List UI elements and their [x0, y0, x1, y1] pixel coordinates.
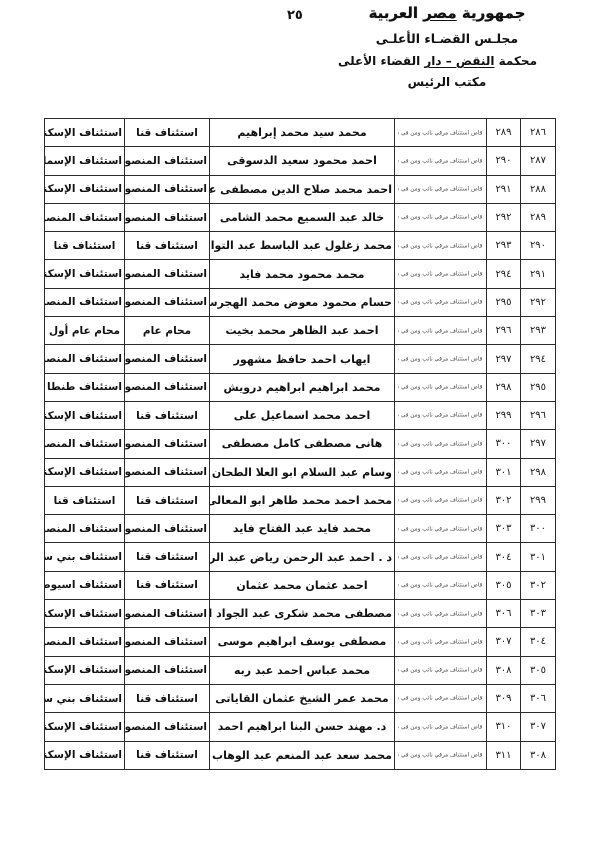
- document-header: جمهورية مصر العربية مجلـس القضـاء الأعلـ…: [357, 4, 537, 89]
- serial-cell: ٢٨٦: [521, 119, 556, 147]
- seq-cell: ٣٠٧: [487, 628, 521, 656]
- court-to-cell: استئناف الإسكندرية: [45, 260, 125, 288]
- court-title-post: القضاء الأعلى: [338, 54, 424, 68]
- name-cell: حسام محمود معوض محمد الهجرسى: [210, 288, 395, 316]
- court-from-cell: استئناف المنصورة: [125, 288, 210, 316]
- serial-cell: ٣٠٤: [521, 628, 556, 656]
- name-cell: محمد محمود محمد فايد: [210, 260, 395, 288]
- role-cell: قاض استئناف مرقي نائب ومن في درجته: [397, 629, 484, 656]
- court-from-cell: استئناف قنا: [125, 543, 210, 571]
- table-row: ٢٩٨٣٠١قاض استئناف مرقي نائب ومن في درجته…: [45, 458, 556, 486]
- table-row: ٣٠٨٣١١قاض استئناف مرقي نائب ومن في درجته…: [45, 741, 556, 769]
- seq-cell: ٢٩٠: [487, 147, 521, 175]
- serial-cell: ٣٠١: [521, 543, 556, 571]
- serial-cell: ٢٩٢: [521, 288, 556, 316]
- serial-cell: ٢٩٧: [521, 430, 556, 458]
- name-cell: احمد عبد الظاهر محمد بخيت: [210, 317, 395, 345]
- court-to-cell: استئناف الإسكندرية: [45, 600, 125, 628]
- serial-cell: ٢٨٨: [521, 175, 556, 203]
- role-cell: قاض استئناف مرقي نائب ومن في درجته: [397, 685, 484, 712]
- seq-cell: ٢٨٩: [487, 119, 521, 147]
- name-cell: محمد عمر الشيخ عثمان القاياتى: [210, 684, 395, 712]
- judges-roster-table: ٢٨٦٢٨٩قاض استئناف مرقي نائب ومن في درجته…: [44, 118, 556, 770]
- role-cell: قاض استئناف مرقي نائب ومن في درجته: [397, 148, 484, 175]
- name-cell: احمد محمد اسماعيل على: [210, 401, 395, 429]
- court-from-cell: استئناف المنصورة: [125, 458, 210, 486]
- court-to-cell: استئناف طنطا: [45, 373, 125, 401]
- court-from-cell: استئناف قنا: [125, 486, 210, 514]
- role-cell: قاض استئناف مرقي نائب ومن في درجته: [397, 544, 484, 571]
- role-cell: قاض استئناف مرقي نائب ومن في درجته: [397, 232, 484, 259]
- court-to-cell: استئناف الإسكندرية: [45, 741, 125, 769]
- seq-cell: ٢٩٧: [487, 345, 521, 373]
- scanned-document-page: { "page": { "page_number": "٢٥" }, "head…: [0, 0, 595, 842]
- seq-cell: ٢٩٥: [487, 288, 521, 316]
- council-title: مجلـس القضـاء الأعلـى: [357, 31, 537, 46]
- role-cell: قاض استئناف مرقي نائب ومن في درجته: [397, 317, 484, 344]
- court-from-cell: استئناف المنصورة: [125, 345, 210, 373]
- court-from-cell: محام عام: [125, 317, 210, 345]
- serial-cell: ٣٠٦: [521, 684, 556, 712]
- table-row: ٣٠٦٣٠٩قاض استئناف مرقي نائب ومن في درجته…: [45, 684, 556, 712]
- seq-cell: ٢٩١: [487, 175, 521, 203]
- name-cell: محمد ابراهيم ابراهيم درويش: [210, 373, 395, 401]
- court-from-cell: استئناف المنصورة: [125, 713, 210, 741]
- court-to-cell: استئناف المنصورة: [45, 430, 125, 458]
- seq-cell: ٢٩٦: [487, 317, 521, 345]
- role-cell: قاض استئناف مرقي نائب ومن في درجته: [397, 119, 484, 146]
- seq-cell: ٣٠٤: [487, 543, 521, 571]
- role-cell: قاض استئناف مرقي نائب ومن في درجته: [397, 374, 484, 401]
- court-to-cell: استئناف بني سويف: [45, 543, 125, 571]
- court-from-cell: استئناف المنصورة: [125, 373, 210, 401]
- name-cell: مصطفى يوسف ابراهيم موسى: [210, 628, 395, 656]
- name-cell: محمد سيد محمد إبراهيم: [210, 119, 395, 147]
- court-to-cell: محام عام أول: [45, 317, 125, 345]
- court-from-cell: استئناف المنصورة: [125, 430, 210, 458]
- seq-cell: ٣٠٨: [487, 656, 521, 684]
- role-cell: قاض استئناف مرقي نائب ومن في درجته: [397, 713, 484, 740]
- court-from-cell: استئناف قنا: [125, 571, 210, 599]
- table-row: ٢٩٦٢٩٩قاض استئناف مرقي نائب ومن في درجته…: [45, 401, 556, 429]
- republic-title-pre: جمهورية: [457, 4, 526, 22]
- court-to-cell: استئناف قنا: [45, 486, 125, 514]
- seq-cell: ٣١١: [487, 741, 521, 769]
- serial-cell: ٢٩٩: [521, 486, 556, 514]
- seq-cell: ٣٠٣: [487, 515, 521, 543]
- table-row: ٢٩٠٢٩٣قاض استئناف مرقي نائب ومن في درجته…: [45, 232, 556, 260]
- table-row: ٢٩٥٢٩٨قاض استئناف مرقي نائب ومن في درجته…: [45, 373, 556, 401]
- page-number: ٢٥: [287, 8, 303, 23]
- seq-cell: ٢٩٤: [487, 260, 521, 288]
- table-row: ٣٠٠٣٠٣قاض استئناف مرقي نائب ومن في درجته…: [45, 515, 556, 543]
- court-to-cell: استئناف الإسكندرية: [45, 656, 125, 684]
- table-row: ٣٠٣٣٠٦قاض استئناف مرقي نائب ومن في درجته…: [45, 600, 556, 628]
- serial-cell: ٢٩٦: [521, 401, 556, 429]
- table-row: ٢٨٩٢٩٢قاض استئناف مرقي نائب ومن في درجته…: [45, 203, 556, 231]
- serial-cell: ٢٩٣: [521, 317, 556, 345]
- serial-cell: ٢٩٨: [521, 458, 556, 486]
- court-to-cell: استئناف الإسكندرية: [45, 401, 125, 429]
- table-row: ٢٨٨٢٩١قاض استئناف مرقي نائب ومن في درجته…: [45, 175, 556, 203]
- name-cell: احمد عثمان محمد عثمان: [210, 571, 395, 599]
- role-cell: قاض استئناف مرقي نائب ومن في درجته: [397, 289, 484, 316]
- table-row: ٢٩٣٢٩٦قاض استئناف مرقي نائب ومن في درجته…: [45, 317, 556, 345]
- seq-cell: ٣١٠: [487, 713, 521, 741]
- table-row: ٣٠١٣٠٤قاض استئناف مرقي نائب ومن في درجته…: [45, 543, 556, 571]
- serial-cell: ٣٠٥: [521, 656, 556, 684]
- court-to-cell: استئناف اسيوط: [45, 571, 125, 599]
- table-row: ٣٠٤٣٠٧قاض استئناف مرقي نائب ومن في درجته…: [45, 628, 556, 656]
- seq-cell: ٣٠١: [487, 458, 521, 486]
- name-cell: ايهاب احمد حافظ مشهور: [210, 345, 395, 373]
- court-from-cell: استئناف المنصورة: [125, 175, 210, 203]
- name-cell: محمد فايد عبد الفتاح فايد: [210, 515, 395, 543]
- republic-title-underlined: مصر: [423, 4, 456, 22]
- seq-cell: ٣٠٥: [487, 571, 521, 599]
- seq-cell: ٣٠٠: [487, 430, 521, 458]
- table-row: ٣٠٧٣١٠قاض استئناف مرقي نائب ومن في درجته…: [45, 713, 556, 741]
- role-cell: قاض استئناف مرقي نائب ومن في درجته: [397, 657, 484, 684]
- court-from-cell: استئناف قنا: [125, 684, 210, 712]
- serial-cell: ٣٠٨: [521, 741, 556, 769]
- name-cell: وسام عبد السلام ابو العلا الطحان: [210, 458, 395, 486]
- seq-cell: ٢٩٢: [487, 203, 521, 231]
- court-to-cell: استئناف بني سويف: [45, 684, 125, 712]
- seq-cell: ٣٠٩: [487, 684, 521, 712]
- serial-cell: ٢٩٥: [521, 373, 556, 401]
- court-from-cell: استئناف المنصورة: [125, 147, 210, 175]
- serial-cell: ٣٠٧: [521, 713, 556, 741]
- name-cell: هانى مصطفى كامل مصطفى: [210, 430, 395, 458]
- name-cell: مصطفى محمد شكرى عبد الجواد الدقاق: [210, 600, 395, 628]
- serial-cell: ٣٠٣: [521, 600, 556, 628]
- court-to-cell: استئناف المنصورة: [45, 203, 125, 231]
- role-cell: قاض استئناف مرقي نائب ومن في درجته: [397, 742, 484, 769]
- court-title-pre: محكمة: [494, 54, 537, 68]
- table-row: ٢٩٩٣٠٢قاض استئناف مرقي نائب ومن في درجته…: [45, 486, 556, 514]
- role-cell: قاض استئناف مرقي نائب ومن في درجته: [397, 176, 484, 203]
- serial-cell: ٢٨٩: [521, 203, 556, 231]
- name-cell: احمد محمود سعيد الدسوقى: [210, 147, 395, 175]
- seq-cell: ٣٠٢: [487, 486, 521, 514]
- court-from-cell: استئناف المنصورة: [125, 600, 210, 628]
- court-from-cell: استئناف قنا: [125, 119, 210, 147]
- court-to-cell: استئناف الإسكندرية: [45, 713, 125, 741]
- court-to-cell: استئناف المنصورة: [45, 628, 125, 656]
- name-cell: محمد احمد محمد طاهر ابو المعالى: [210, 486, 395, 514]
- name-cell: د . احمد عبد الرحمن رياض عبد الرحمن: [210, 543, 395, 571]
- table-row: ٢٨٦٢٨٩قاض استئناف مرقي نائب ومن في درجته…: [45, 119, 556, 147]
- table-row: ٢٩١٢٩٤قاض استئناف مرقي نائب ومن في درجته…: [45, 260, 556, 288]
- name-cell: محمد زغلول عبد الباسط عبد التواب: [210, 232, 395, 260]
- table-row: ٢٩٧٣٠٠قاض استئناف مرقي نائب ومن في درجته…: [45, 430, 556, 458]
- court-to-cell: استئناف الإسكندرية: [45, 175, 125, 203]
- role-cell: قاض استئناف مرقي نائب ومن في درجته: [397, 204, 484, 231]
- seq-cell: ٢٩٨: [487, 373, 521, 401]
- role-cell: قاض استئناف مرقي نائب ومن في درجته: [397, 346, 484, 373]
- role-cell: قاض استئناف مرقي نائب ومن في درجته: [397, 600, 484, 627]
- court-from-cell: استئناف المنصورة: [125, 260, 210, 288]
- court-to-cell: استئناف المنصورة: [45, 515, 125, 543]
- name-cell: محمد سعد عبد المنعم عبد الوهاب: [210, 741, 395, 769]
- court-to-cell: استئناف المنصورة: [45, 288, 125, 316]
- seq-cell: ٢٩٣: [487, 232, 521, 260]
- name-cell: محمد عباس احمد عبد ربه: [210, 656, 395, 684]
- court-to-cell: استئناف المنصورة: [45, 345, 125, 373]
- seq-cell: ٢٩٩: [487, 401, 521, 429]
- serial-cell: ٢٩٠: [521, 232, 556, 260]
- table-row: ٣٠٢٣٠٥قاض استئناف مرقي نائب ومن في درجته…: [45, 571, 556, 599]
- table-row: ٣٠٥٣٠٨قاض استئناف مرقي نائب ومن في درجته…: [45, 656, 556, 684]
- court-to-cell: استئناف قنا: [45, 232, 125, 260]
- table-row: ٢٨٧٢٩٠قاض استئناف مرقي نائب ومن في درجته…: [45, 147, 556, 175]
- name-cell: د. مهند حسن البنا ابراهيم احمد: [210, 713, 395, 741]
- court-title-underlined: النقض – دار: [424, 54, 494, 68]
- role-cell: قاض استئناف مرقي نائب ومن في درجته: [397, 261, 484, 288]
- court-from-cell: استئناف المنصورة: [125, 628, 210, 656]
- court-from-cell: استئناف قنا: [125, 741, 210, 769]
- court-from-cell: استئناف المنصورة: [125, 515, 210, 543]
- court-to-cell: استئناف الإسماعيلية: [45, 147, 125, 175]
- role-cell: قاض استئناف مرقي نائب ومن في درجته: [397, 402, 484, 429]
- court-from-cell: استئناف المنصورة: [125, 203, 210, 231]
- serial-cell: ٢٨٧: [521, 147, 556, 175]
- table-row: ٢٩٤٢٩٧قاض استئناف مرقي نائب ومن في درجته…: [45, 345, 556, 373]
- role-cell: قاض استئناف مرقي نائب ومن في درجته: [397, 430, 484, 457]
- serial-cell: ٣٠٠: [521, 515, 556, 543]
- seq-cell: ٣٠٦: [487, 600, 521, 628]
- court-from-cell: استئناف قنا: [125, 232, 210, 260]
- court-title: محكمة النقض – دار القضاء الأعلى: [357, 54, 537, 68]
- role-cell: قاض استئناف مرقي نائب ومن في درجته: [397, 572, 484, 599]
- roster-body: ٢٨٦٢٨٩قاض استئناف مرقي نائب ومن في درجته…: [45, 119, 556, 770]
- court-from-cell: استئناف قنا: [125, 401, 210, 429]
- name-cell: خالد عبد السميع محمد الشامى: [210, 203, 395, 231]
- serial-cell: ٢٩١: [521, 260, 556, 288]
- republic-title: جمهورية مصر العربية: [357, 4, 537, 22]
- serial-cell: ٢٩٤: [521, 345, 556, 373]
- role-cell: قاض استئناف مرقي نائب ومن في درجته: [397, 459, 484, 486]
- court-from-cell: استئناف المنصورة: [125, 656, 210, 684]
- table-row: ٢٩٢٢٩٥قاض استئناف مرقي نائب ومن في درجته…: [45, 288, 556, 316]
- office-title: مكتب الرئيس: [357, 75, 537, 89]
- role-cell: قاض استئناف مرقي نائب ومن في درجته: [397, 515, 484, 542]
- role-cell: قاض استئناف مرقي نائب ومن في درجته: [397, 487, 484, 514]
- court-to-cell: استئناف الإسكندرية: [45, 119, 125, 147]
- name-cell: احمد محمد صلاح الدين مصطفى عطيه: [210, 175, 395, 203]
- court-to-cell: استئناف الإسكندرية: [45, 458, 125, 486]
- serial-cell: ٣٠٢: [521, 571, 556, 599]
- republic-title-post: العربية: [369, 4, 424, 22]
